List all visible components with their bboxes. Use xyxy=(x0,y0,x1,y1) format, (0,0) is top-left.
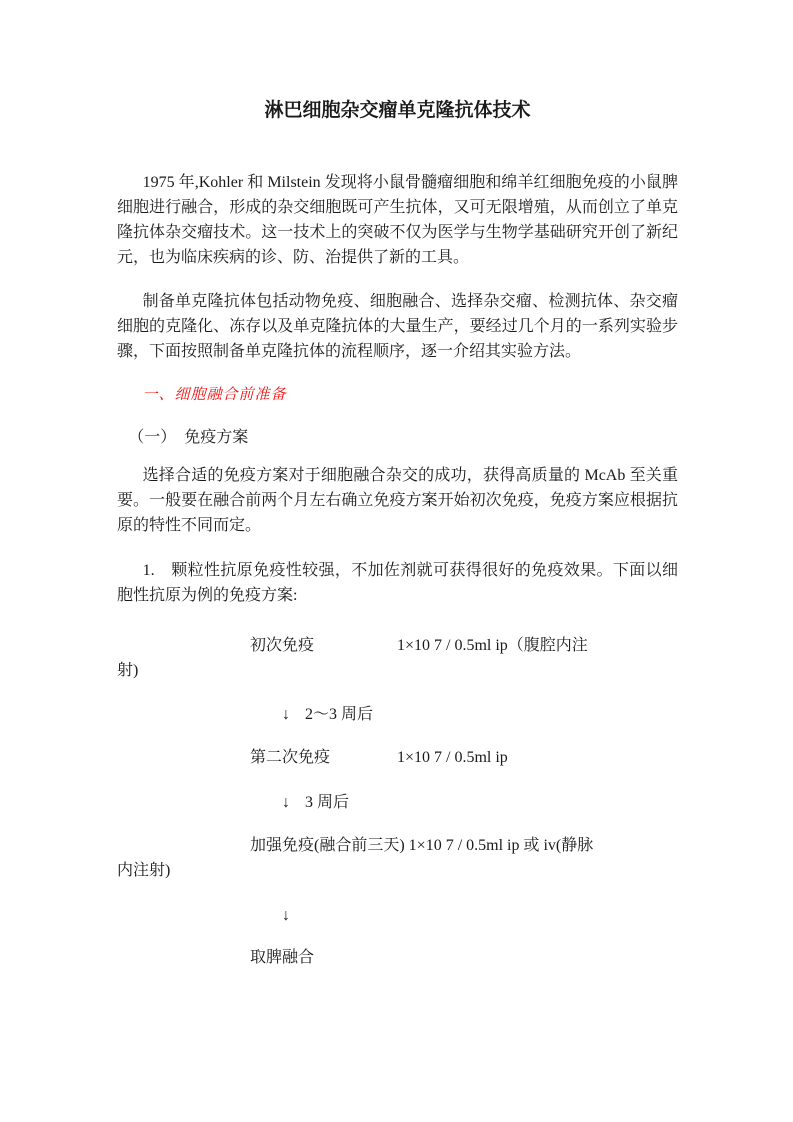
immunization-schedule: 初次免疫1×10 7 / 0.5ml ip（腹腔内注 射) ↓2～3 周后 第二… xyxy=(117,633,678,970)
schedule-step-primary: 初次免疫1×10 7 / 0.5ml ip（腹腔内注 xyxy=(117,633,678,658)
schedule-interval-note: 2～3 周后 xyxy=(305,706,373,723)
document-page: 淋巴细胞杂交瘤单克隆抗体技术 1975 年,Kohler 和 Milstein … xyxy=(0,0,793,1122)
paragraph-particulate-antigen: 1. 颗粒性抗原免疫性较强，不加佐剂就可获得很好的免疫效果。下面以细胞性抗原为例… xyxy=(117,558,678,608)
schedule-step-second: 第二次免疫1×10 7 / 0.5ml ip xyxy=(117,745,678,770)
subsection-heading-immunization-plan: （一） 免疫方案 xyxy=(117,425,678,450)
paragraph-immunization-plan: 选择合适的免疫方案对于细胞融合杂交的成功，获得高质量的 McAb 至关重要。一般… xyxy=(117,463,678,538)
schedule-step-booster: 加强免疫(融合前三天)1×10 7 / 0.5ml ip 或 iv(静脉 xyxy=(117,833,678,858)
down-arrow-icon: ↓ xyxy=(282,702,290,727)
down-arrow-icon: ↓ xyxy=(282,903,290,928)
section-heading-fusion-preparation: 一、细胞融合前准备 xyxy=(117,383,678,408)
schedule-step-dose: 1×10 7 / 0.5ml ip 或 iv(静脉 xyxy=(409,837,594,854)
schedule-step-label: 加强免疫(融合前三天) xyxy=(250,833,409,858)
schedule-step-label: 第二次免疫 xyxy=(250,745,397,770)
document-title: 淋巴细胞杂交瘤单克隆抗体技术 xyxy=(117,97,678,125)
schedule-step-label: 取脾融合 xyxy=(250,945,397,970)
schedule-step-spleen-fusion: 取脾融合 xyxy=(117,945,678,970)
paragraph-history: 1975 年,Kohler 和 Milstein 发现将小鼠骨髓瘤细胞和绵羊红细… xyxy=(117,170,678,270)
schedule-step-dose: 1×10 7 / 0.5ml ip（腹腔内注 xyxy=(397,637,588,654)
paragraph-overview: 制备单克隆抗体包括动物免疫、细胞融合、选择杂交瘤、检测抗体、杂交瘤细胞的克隆化、… xyxy=(117,289,678,364)
down-arrow-icon: ↓ xyxy=(282,790,290,815)
schedule-step-dose-wrap: 内注射) xyxy=(117,858,678,883)
schedule-step-label: 初次免疫 xyxy=(250,633,397,658)
schedule-interval-row: ↓2～3 周后 xyxy=(117,702,678,727)
schedule-step-dose-wrap: 射) xyxy=(117,658,678,683)
schedule-step-dose: 1×10 7 / 0.5ml ip xyxy=(397,749,508,766)
schedule-interval-note: 3 周后 xyxy=(305,794,349,811)
schedule-interval-row: ↓3 周后 xyxy=(117,790,678,815)
schedule-arrow-row: ↓ xyxy=(117,903,678,928)
